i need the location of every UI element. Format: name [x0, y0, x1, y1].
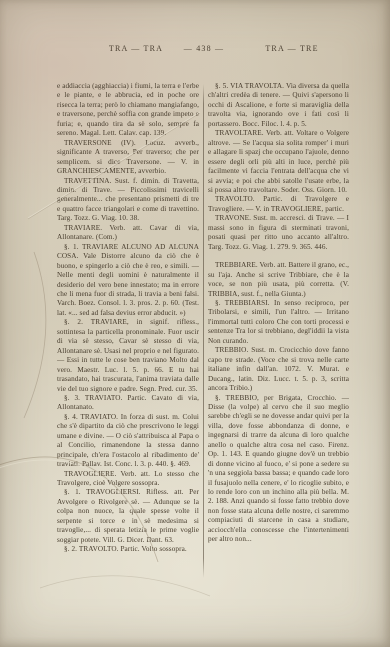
dictionary-entry-paragraph: TRAVERSONE (IV). Locuz. avverb., signifi… [57, 139, 199, 177]
dictionary-entry-paragraph: §. 3. TRAVIATO. Partic. Cavato di via, A… [57, 394, 199, 413]
dictionary-entry-paragraph: e addiaccia (agghiaccia) i fiumi, la ter… [57, 82, 199, 139]
dictionary-entry-paragraph: TRAVIARE. Verb. att. Cavar di via, Allon… [57, 224, 199, 243]
dictionary-entry-paragraph: §. 1. TRAVIARE ALCUNO AD ALCUNA COSA. Va… [57, 243, 199, 319]
text-column-right: §. 5. VIA TRAVOLTA. Via diversa da quell… [208, 82, 349, 584]
dictionary-entry-paragraph: §. TREBBIO, per Brigata, Crocchio. — Dis… [208, 394, 349, 545]
dictionary-entry-paragraph: §. 1. TRAVOGLIERSI. Rifless. att. Per Av… [57, 488, 199, 545]
dictionary-entry-paragraph: TRAVOLTO. Partic. di Travolgere e Travog… [208, 195, 349, 214]
running-title-right: TRA — TRE [222, 44, 362, 53]
dictionary-entry-paragraph: §. 5. VIA TRAVOLTA. Via diversa da quell… [208, 82, 349, 129]
dictionary-entry-paragraph: §. TREBBIARSI. In senso reciproco, per T… [208, 299, 349, 346]
text-column-left: e addiaccia (agghiaccia) i fiumi, la ter… [57, 82, 199, 584]
dictionary-entry-paragraph: §. 2. TRAVOLTO. Partic. Volto sossopra. [57, 545, 199, 554]
dictionary-entry-paragraph: §. 4. TRAVIATO. In forza di sust. m. Col… [57, 413, 199, 470]
dictionary-entry-paragraph [208, 252, 349, 261]
dictionary-entry-paragraph: §. 2. TRAVIARE, in signif. rifless., sot… [57, 318, 199, 394]
dictionary-entry-paragraph: TRAVETTINA. Sust. f. dimin. di Travetta,… [57, 177, 199, 224]
column-divider-rule [203, 84, 204, 578]
dictionary-entry-paragraph: TREBBIARE. Verb. att. Battere il grano, … [208, 261, 349, 299]
dictionary-entry-paragraph: TREBBIO. Sust. m. Crocicchio dove fanno … [208, 346, 349, 393]
dictionary-entry-paragraph: TRAVOLTARE. Verb. att. Voltare o Volgere… [208, 129, 349, 195]
dictionary-entry-paragraph: TRAVONE. Sust. m. accresci. di Trave. — … [208, 214, 349, 252]
dictionary-entry-paragraph: TRAVOGLIERE. Verb. att. Lo stesso che Tr… [57, 470, 199, 489]
scanned-dictionary-page: TRA — TRA — 438 — TRA — TRE e addiaccia … [0, 0, 390, 647]
